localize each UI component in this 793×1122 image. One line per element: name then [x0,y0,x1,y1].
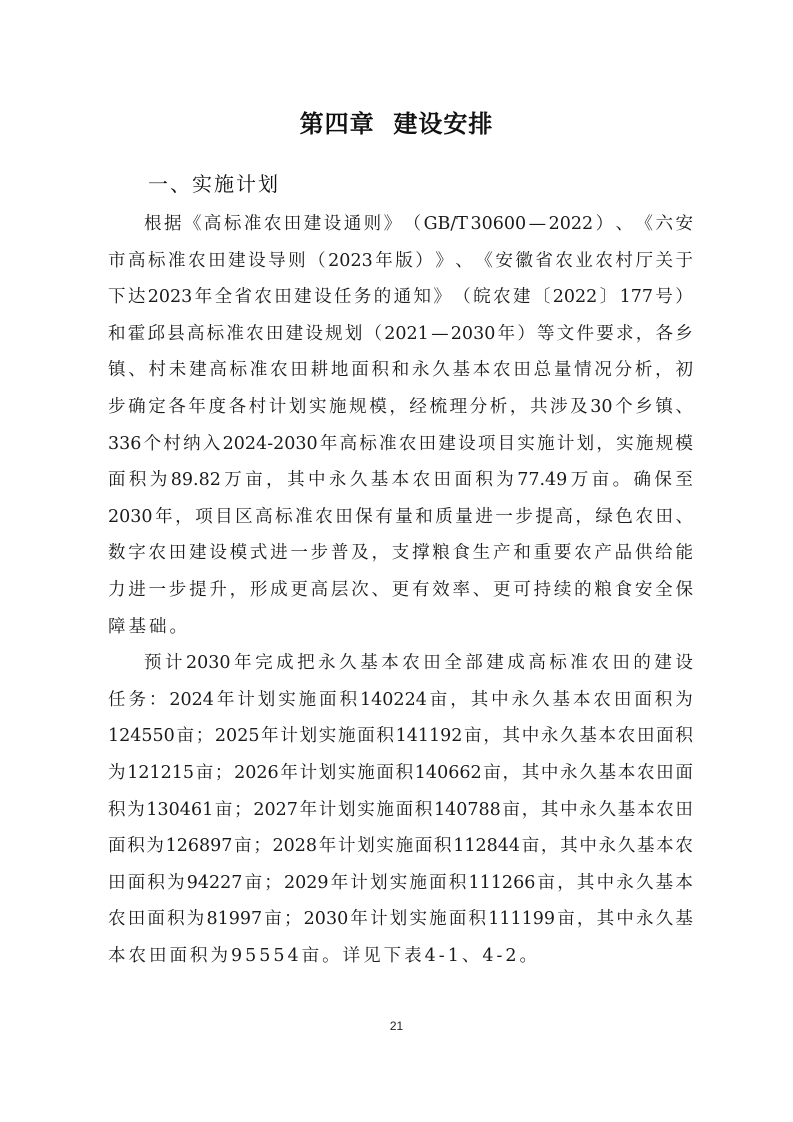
paragraph-plan-overview: 根据《高标准农田建设通则》（GB/T30600—2022）、《六安 市高标准农田… [108,206,693,645]
body-text: 根据《高标准农田建设通则》（GB/T30600—2022）、《六安 市高标准农田… [108,206,693,974]
section-title: 一、实施计划 [148,168,280,197]
text-line: 积为130461亩；2027年计划实施面积140788亩，其中永久基本农田 [108,792,693,829]
text-line: 根据《高标准农田建设通则》（GB/T30600—2022）、《六安 [108,206,693,243]
text-line: 本农田面积为95554亩。详见下表4-1、4-2。 [108,938,693,975]
text-line: 124550亩；2025年计划实施面积141192亩，其中永久基本农田面积 [108,718,693,755]
text-line: 市高标准农田建设导则（2023年版）》、《安徽省农业农村厅关于 [108,243,693,280]
text-line: 任务：2024年计划实施面积140224亩，其中永久基本农田面积为 [108,682,693,719]
text-line: 农田面积为81997亩；2030年计划实施面积111199亩，其中永久基 [108,901,693,938]
page-number: 21 [0,1019,793,1033]
text-line: 面积为126897亩；2028年计划实施面积112844亩，其中永久基本农 [108,828,693,865]
text-line: 预计2030年完成把永久基本农田全部建成高标准农田的建设 [108,645,693,682]
text-line: 数字农田建设模式进一步普及，支撑粮食生产和重要农产品供给能 [108,535,693,572]
text-line: 下达2023年全省农田建设任务的通知》（皖农建〔2022〕177号） [108,279,693,316]
text-line: 和霍邱县高标准农田建设规划（2021—2030年）等文件要求，各乡 [108,316,693,353]
text-line: 步确定各年度各村计划实施规模，经梳理分析，共涉及30个乡镇、 [108,389,693,426]
text-line: 336个村纳入2024-2030年高标准农田建设项目实施计划，实施规模 [108,426,693,463]
text-line: 镇、村未建高标准农田耕地面积和永久基本农田总量情况分析，初 [108,352,693,389]
chapter-title: 第四章 建设安排 [0,104,793,139]
document-page: 第四章 建设安排 一、实施计划 根据《高标准农田建设通则》（GB/T30600—… [0,0,793,1122]
text-line: 力进一步提升，形成更高层次、更有效率、更可持续的粮食安全保 [108,572,693,609]
text-line: 面积为89.82万亩，其中永久基本农田面积为77.49万亩。确保至 [108,462,693,499]
paragraph-annual-targets: 预计2030年完成把永久基本农田全部建成高标准农田的建设 任务：2024年计划实… [108,645,693,974]
text-line: 田面积为94227亩；2029年计划实施面积111266亩，其中永久基本 [108,865,693,902]
text-line: 障基础。 [108,609,693,646]
text-line: 为121215亩；2026年计划实施面积140662亩，其中永久基本农田面 [108,755,693,792]
text-line: 2030年，项目区高标准农田保有量和质量进一步提高，绿色农田、 [108,499,693,536]
